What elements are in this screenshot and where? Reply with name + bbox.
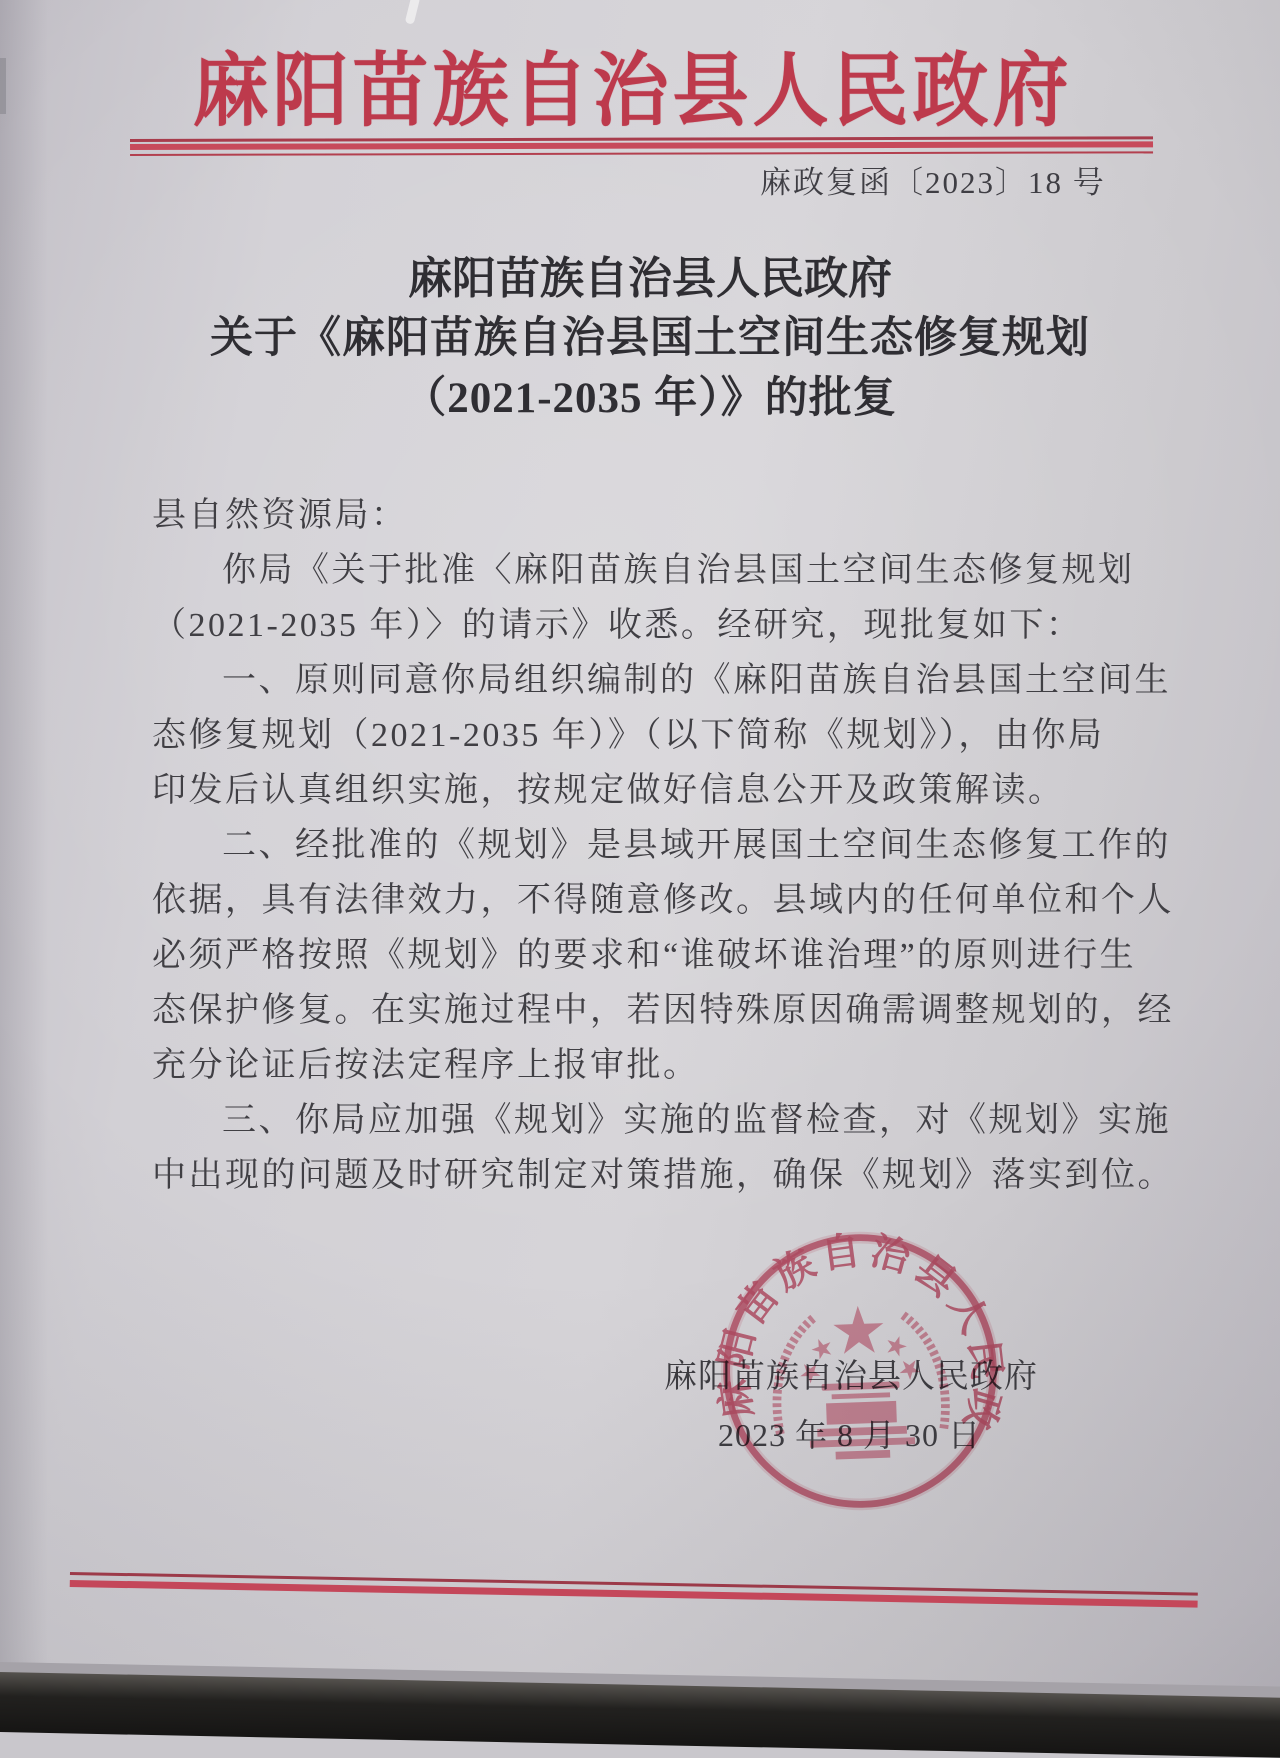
body-line: 三、你局应加强《规划》实施的监督检查，对《规划》实施 — [152, 1095, 1152, 1150]
page-left-shadow — [0, 0, 48, 1706]
document-title: 麻阳苗族自治县人民政府 关于《麻阳苗族自治县国土空间生态修复规划 （2021-2… — [120, 250, 1180, 430]
letterhead-agency: 麻阳苗族自治县人民政府 — [175, 47, 1090, 136]
national-emblem-icon — [774, 1303, 948, 1462]
body-line: 充分论证后按法定程序上报审批。 — [152, 1040, 1152, 1095]
emblem-small-star-icon — [884, 1333, 909, 1358]
body-line: 二、经批准的《规划》是县域开展国土空间生态修复工作的 — [152, 820, 1152, 875]
official-seal: 麻阳苗族自治县人民政府 — [709, 1220, 1011, 1522]
body-text: 县自然资源局： 你局《关于批准〈麻阳苗族自治县国土空间生态修复规划 （2021-… — [152, 490, 1152, 1205]
body-line: 态保护修复。在实施过程中，若因特殊原因确需调整规划的，经 — [152, 985, 1152, 1040]
footer-rule — [70, 1572, 1198, 1608]
photo-edge-artifact — [0, 58, 6, 114]
salutation: 县自然资源局： — [152, 490, 1152, 545]
body-line: 印发后认真组织实施，按规定做好信息公开及政策解读。 — [152, 765, 1152, 820]
glare-streak — [405, 0, 421, 25]
emblem-big-star-icon — [833, 1305, 885, 1354]
body-line: 态修复规划（2021-2035 年）》（以下简称《规划》），由你局 — [152, 710, 1152, 765]
body-line: 中出现的问题及时研究制定对策措施，确保《规划》落实到位。 — [152, 1150, 1152, 1205]
title-line-1: 麻阳苗族自治县人民政府 — [120, 250, 1180, 310]
body-line: 必须严格按照《规划》的要求和“谁破坏谁治理”的原则进行生 — [152, 930, 1152, 985]
document-page: 麻阳苗族自治县人民政府 麻政复函〔2023〕18 号 麻阳苗族自治县人民政府 关… — [0, 0, 1280, 1706]
emblem-small-star-icon — [896, 1355, 924, 1382]
body-line: 依据，具有法律效力，不得随意修改。县域内的任何单位和个人 — [152, 875, 1152, 930]
document-number: 麻政复函〔2023〕18 号 — [760, 157, 1106, 202]
letterhead-rule — [130, 136, 1153, 156]
body-line: 你局《关于批准〈麻阳苗族自治县国土空间生态修复规划 — [152, 545, 1152, 600]
title-line-2: 关于《麻阳苗族自治县国土空间生态修复规划 — [120, 310, 1180, 370]
emblem-small-star-icon — [796, 1358, 824, 1386]
emblem-small-star-icon — [809, 1335, 835, 1361]
title-line-3: （2021-2035 年）》的批复 — [120, 370, 1180, 430]
body-line: （2021-2035 年）〉的请示》收悉。经研究，现批复如下： — [152, 600, 1152, 655]
body-line: 一、原则同意你局组织编制的《麻阳苗族自治县国土空间生 — [152, 655, 1152, 710]
